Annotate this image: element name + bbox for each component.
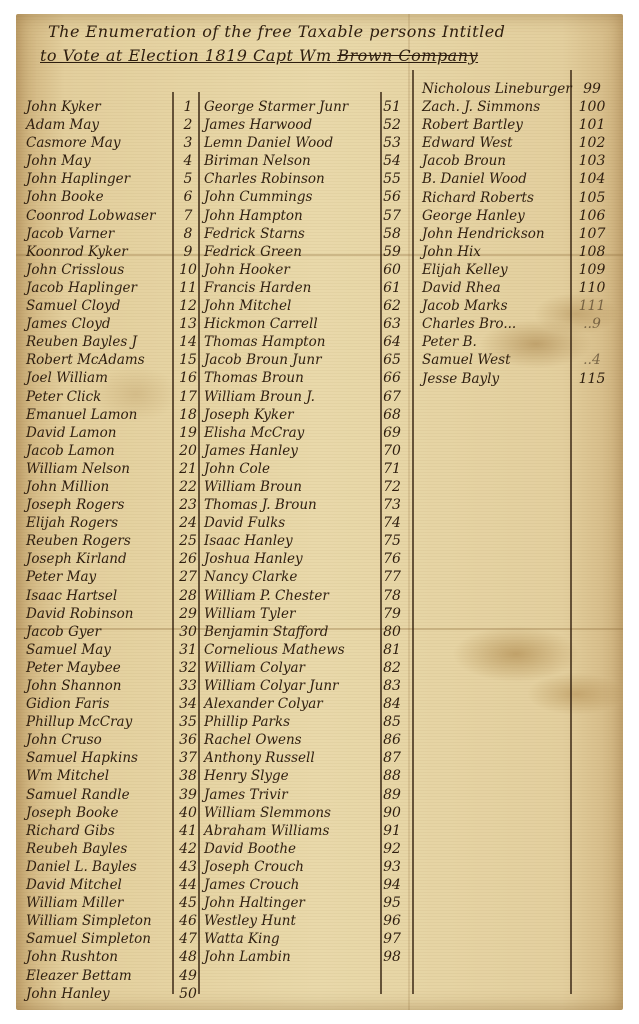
voter-number: 4 <box>174 152 202 170</box>
list-item: Gidion Faris34 <box>26 695 201 713</box>
voter-name: Phillip Parks <box>204 713 290 731</box>
list-item: Elijah Kelley109 <box>422 261 622 279</box>
voter-name: Hickmon Carrell <box>204 315 318 333</box>
voter-name: William Simpleton <box>26 912 152 930</box>
voter-number: 86 <box>376 731 408 749</box>
voter-number: 34 <box>174 695 202 713</box>
voter-name: Elijah Kelley <box>422 261 508 279</box>
voter-name: B. Daniel Wood <box>422 170 527 188</box>
voter-name: Reuben Bayles J <box>26 333 137 351</box>
list-item: John Hampton57 <box>204 207 414 225</box>
list-item: George Hanley106 <box>422 207 622 225</box>
voter-name: Samuel May <box>26 641 111 659</box>
voter-name: James Harwood <box>204 116 312 134</box>
voter-name: Peter May <box>26 568 96 586</box>
list-item: Phillip Parks85 <box>204 713 414 731</box>
voter-name: Jacob Broun Junr <box>204 351 322 369</box>
voter-name: Cornelious Mathews <box>204 641 345 659</box>
voter-name: William P. Chester <box>204 587 329 605</box>
voter-name: Fedrick Starns <box>204 225 305 243</box>
list-item: William Tyler79 <box>204 605 414 623</box>
voter-number: 85 <box>376 713 408 731</box>
voter-number: 94 <box>376 876 408 894</box>
list-item: Nancy Clarke77 <box>204 568 414 586</box>
voter-name: Benjamin Stafford <box>204 623 328 641</box>
list-item: John Hanley50 <box>26 985 201 1003</box>
voter-name: Abraham Williams <box>204 822 329 840</box>
voter-name: Jacob Haplinger <box>26 279 137 297</box>
voter-number: 26 <box>174 550 202 568</box>
voter-number: 61 <box>376 279 408 297</box>
voter-name: Jacob Varner <box>26 225 114 243</box>
voter-number: 75 <box>376 532 408 550</box>
list-item: William Miller45 <box>26 894 201 912</box>
voter-number: 46 <box>174 912 202 930</box>
list-item: Zach. J. Simmons100 <box>422 98 622 116</box>
voter-number: 40 <box>174 804 202 822</box>
voter-name: David Boothe <box>204 840 296 858</box>
voter-number: 24 <box>174 514 202 532</box>
voter-number: 44 <box>174 876 202 894</box>
list-item: John Hooker60 <box>204 261 414 279</box>
voter-number: 98 <box>376 948 408 966</box>
voter-name: Biriman Nelson <box>204 152 311 170</box>
voter-name: Thomas J. Broun <box>204 496 317 514</box>
voter-name: Richard Gibs <box>26 822 115 840</box>
list-item: David Robinson29 <box>26 605 201 623</box>
list-item: Thomas J. Broun73 <box>204 496 414 514</box>
voter-name: Peter B. <box>422 333 477 351</box>
list-item: Lemn Daniel Wood53 <box>204 134 414 152</box>
list-item: Joseph Crouch93 <box>204 858 414 876</box>
list-item: Phillup McCray35 <box>26 713 201 731</box>
voter-name: Daniel L. Bayles <box>26 858 137 876</box>
list-item: Hickmon Carrell63 <box>204 315 414 333</box>
voter-number: 21 <box>174 460 202 478</box>
voter-name: William Tyler <box>204 605 295 623</box>
voter-name: James Cloyd <box>26 315 111 333</box>
list-item: Emanuel Lamon18 <box>26 406 201 424</box>
list-item: Alexander Colyar84 <box>204 695 414 713</box>
voter-name: John Shannon <box>26 677 121 695</box>
list-item: Samuel Randle39 <box>26 786 201 804</box>
voter-name: Joshua Hanley <box>204 550 303 568</box>
voter-name: Alexander Colyar <box>204 695 323 713</box>
voter-number: 108 <box>572 243 612 261</box>
voter-name: Charles Bro... <box>422 315 516 333</box>
voter-name: Joseph Crouch <box>204 858 304 876</box>
voter-number: 25 <box>174 532 202 550</box>
voter-name: Henry Slyge <box>204 767 289 785</box>
list-item: Elisha McCray69 <box>204 424 414 442</box>
voter-name: John Million <box>26 478 109 496</box>
voter-number: 56 <box>376 188 408 206</box>
voter-name: Joel William <box>26 369 108 387</box>
voter-number: 11 <box>174 279 202 297</box>
voter-number: 9 <box>174 243 202 261</box>
voter-name: Reuben Rogers <box>26 532 131 550</box>
voter-name: John Hampton <box>204 207 303 225</box>
list-item: Peter Maybee32 <box>26 659 201 677</box>
list-item: Watta King97 <box>204 930 414 948</box>
list-item: John Cruso36 <box>26 731 201 749</box>
voter-number: 17 <box>174 388 202 406</box>
voter-name: Joseph Rogers <box>26 496 124 514</box>
voter-name: Eleazer Bettam <box>26 967 132 985</box>
voter-number: 91 <box>376 822 408 840</box>
voter-number: 6 <box>174 188 202 206</box>
voter-number: 97 <box>376 930 408 948</box>
list-item: William Broun72 <box>204 478 414 496</box>
voter-name: Isaac Hartsel <box>26 587 117 605</box>
list-item: David Mitchel44 <box>26 876 201 894</box>
voter-number: 52 <box>376 116 408 134</box>
voter-name: William Broun <box>204 478 302 496</box>
list-item: Isaac Hanley75 <box>204 532 414 550</box>
voter-name: Jacob Gyer <box>26 623 101 641</box>
voter-number: 45 <box>174 894 202 912</box>
voter-number: 7 <box>174 207 202 225</box>
list-item: Reuben Rogers25 <box>26 532 201 550</box>
voter-number: 68 <box>376 406 408 424</box>
voter-number: 15 <box>174 351 202 369</box>
voter-name: John Haltinger <box>204 894 305 912</box>
struck-company-name: Brown Company <box>337 46 478 65</box>
voter-name: John Cruso <box>26 731 102 749</box>
list-item: Cornelious Mathews81 <box>204 641 414 659</box>
voter-number: 74 <box>376 514 408 532</box>
voter-name: Robert McAdams <box>26 351 145 369</box>
voter-name: James Crouch <box>204 876 299 894</box>
voter-number: 76 <box>376 550 408 568</box>
voter-name: John Booke <box>26 188 104 206</box>
voter-number: 95 <box>376 894 408 912</box>
voter-name: John Kyker <box>26 98 101 116</box>
voter-name: John Hendrickson <box>422 225 545 243</box>
voter-number: 72 <box>376 478 408 496</box>
voter-number: 31 <box>174 641 202 659</box>
voter-name: Samuel Hapkins <box>26 749 138 767</box>
list-item: James Hanley70 <box>204 442 414 460</box>
list-item: Samuel Cloyd12 <box>26 297 201 315</box>
voter-name: David Lamon <box>26 424 116 442</box>
voter-number: 65 <box>376 351 408 369</box>
voter-number: 70 <box>376 442 408 460</box>
voter-name: Isaac Hanley <box>204 532 293 550</box>
voter-number: 71 <box>376 460 408 478</box>
voter-name: Edward West <box>422 134 513 152</box>
voter-number: 103 <box>572 152 612 170</box>
voter-name: Phillup McCray <box>26 713 132 731</box>
voter-name: David Mitchel <box>26 876 122 894</box>
voter-number: 35 <box>174 713 202 731</box>
voter-number: 79 <box>376 605 408 623</box>
voter-number: 92 <box>376 840 408 858</box>
voter-number: 1 <box>174 98 202 116</box>
voter-name: Anthony Russell <box>204 749 315 767</box>
voter-number: 67 <box>376 388 408 406</box>
voter-name: Emanuel Lamon <box>26 406 137 424</box>
voter-name: James Hanley <box>204 442 298 460</box>
voter-name: Watta King <box>204 930 280 948</box>
list-item: Samuel West..4 <box>422 351 622 369</box>
voter-number: 57 <box>376 207 408 225</box>
voter-name: John Hanley <box>26 985 110 1003</box>
list-item: Jacob Lamon20 <box>26 442 201 460</box>
voter-name: Samuel Randle <box>26 786 130 804</box>
list-item: John Lambin98 <box>204 948 414 966</box>
voter-number: 38 <box>174 767 202 785</box>
list-item: David Rhea110 <box>422 279 622 297</box>
list-item: John Hix108 <box>422 243 622 261</box>
list-item: David Lamon19 <box>26 424 201 442</box>
list-item: Richard Gibs41 <box>26 822 201 840</box>
voter-number: 115 <box>572 370 612 388</box>
document-title-line-2: to Vote at Election 1819 Capt Wm Brown C… <box>40 46 478 65</box>
voter-number: 8 <box>174 225 202 243</box>
voter-name: Fedrick Green <box>204 243 302 261</box>
list-item: John Mitchel62 <box>204 297 414 315</box>
voter-name: Richard Roberts <box>422 189 534 207</box>
list-item: Eleazer Bettam49 <box>26 967 201 985</box>
voter-name: Adam May <box>26 116 99 134</box>
voter-number: 60 <box>376 261 408 279</box>
list-item: Peter B. <box>422 333 622 351</box>
voter-name: John Lambin <box>204 948 291 966</box>
voter-name: Gidion Faris <box>26 695 109 713</box>
voter-number: 51 <box>376 98 408 116</box>
voter-name: Elisha McCray <box>204 424 304 442</box>
list-item: Joshua Hanley76 <box>204 550 414 568</box>
voter-number: 37 <box>174 749 202 767</box>
list-item: John Haplinger5 <box>26 170 201 188</box>
voter-number: 69 <box>376 424 408 442</box>
voter-number: 87 <box>376 749 408 767</box>
list-item: Joel William16 <box>26 369 201 387</box>
voter-number: 96 <box>376 912 408 930</box>
list-item: Jacob Broun Junr65 <box>204 351 414 369</box>
list-item: James Harwood52 <box>204 116 414 134</box>
voter-name: John Haplinger <box>26 170 130 188</box>
voter-name: Zach. J. Simmons <box>422 98 540 116</box>
voter-name: Samuel Cloyd <box>26 297 120 315</box>
list-item: Henry Slyge88 <box>204 767 414 785</box>
voter-number: 62 <box>376 297 408 315</box>
list-item: John May4 <box>26 152 201 170</box>
list-item: Samuel Hapkins37 <box>26 749 201 767</box>
voter-number: 12 <box>174 297 202 315</box>
list-item: David Boothe92 <box>204 840 414 858</box>
list-item: Jacob Marks111 <box>422 297 622 315</box>
list-item: David Fulks74 <box>204 514 414 532</box>
voter-name: Francis Harden <box>204 279 311 297</box>
list-item: Edward West102 <box>422 134 622 152</box>
list-item: Robert McAdams15 <box>26 351 201 369</box>
voter-name: Westley Hunt <box>204 912 296 930</box>
voter-name: Jacob Broun <box>422 152 506 170</box>
voter-name: John Mitchel <box>204 297 291 315</box>
list-item: Joseph Kyker68 <box>204 406 414 424</box>
list-item: Elijah Rogers24 <box>26 514 201 532</box>
list-item: Jacob Varner8 <box>26 225 201 243</box>
list-item: Charles Robinson55 <box>204 170 414 188</box>
list-item: Fedrick Green59 <box>204 243 414 261</box>
voter-number: 106 <box>572 207 612 225</box>
voter-name: James Trivir <box>204 786 288 804</box>
list-item: Joseph Kirland26 <box>26 550 201 568</box>
list-item: Fedrick Starns58 <box>204 225 414 243</box>
list-item: Richard Roberts105 <box>422 189 622 207</box>
list-item: Isaac Hartsel28 <box>26 587 201 605</box>
voter-name: Rachel Owens <box>204 731 302 749</box>
voter-number: 83 <box>376 677 408 695</box>
list-item: Jacob Haplinger11 <box>26 279 201 297</box>
voter-number: 55 <box>376 170 408 188</box>
list-item: B. Daniel Wood104 <box>422 170 622 188</box>
voter-number: 27 <box>174 568 202 586</box>
voter-name: Elijah Rogers <box>26 514 118 532</box>
voter-name: John Hix <box>422 243 481 261</box>
voter-number: 59 <box>376 243 408 261</box>
list-item: John Cole71 <box>204 460 414 478</box>
voter-number: 29 <box>174 605 202 623</box>
voter-name: Wm Mitchel <box>26 767 109 785</box>
list-item: Adam May2 <box>26 116 201 134</box>
voter-number: 13 <box>174 315 202 333</box>
list-item: Jacob Broun103 <box>422 152 622 170</box>
list-item: John Hendrickson107 <box>422 225 622 243</box>
voter-name: Joseph Kyker <box>204 406 294 424</box>
voter-name: William Broun J. <box>204 388 315 406</box>
voter-name: Thomas Hampton <box>204 333 325 351</box>
list-item: Peter Click17 <box>26 388 201 406</box>
voter-number: 101 <box>572 116 612 134</box>
voter-name: Coonrod Lobwaser <box>26 207 156 225</box>
voter-number: 105 <box>572 189 612 207</box>
list-item: Jesse Bayly115 <box>422 370 622 388</box>
voter-number: 28 <box>174 587 202 605</box>
list-item: Nicholous Lineburger99 <box>422 80 622 98</box>
list-item: Casmore May3 <box>26 134 201 152</box>
voter-column-1: John Kyker1 Adam May2 Casmore May3 John … <box>26 98 201 1003</box>
voter-number: 54 <box>376 152 408 170</box>
voter-name: John Crisslous <box>26 261 124 279</box>
voter-number: 64 <box>376 333 408 351</box>
list-item: William Colyar Junr83 <box>204 677 414 695</box>
list-item: Coonrod Lobwaser7 <box>26 207 201 225</box>
voter-number: 19 <box>174 424 202 442</box>
voter-number: 14 <box>174 333 202 351</box>
voter-number: 82 <box>376 659 408 677</box>
voter-name: Jesse Bayly <box>422 370 499 388</box>
list-item: William Simpleton46 <box>26 912 201 930</box>
list-item: John Million22 <box>26 478 201 496</box>
voter-number: ..9 <box>572 315 612 333</box>
voter-name: Joseph Kirland <box>26 550 127 568</box>
voter-name: Charles Robinson <box>204 170 325 188</box>
list-item: Samuel Simpleton47 <box>26 930 201 948</box>
list-item: James Cloyd13 <box>26 315 201 333</box>
list-item: Robert Bartley101 <box>422 116 622 134</box>
list-item: George Starmer Junr51 <box>204 98 414 116</box>
voter-name: William Colyar <box>204 659 305 677</box>
voter-number: 5 <box>174 170 202 188</box>
voter-number: 88 <box>376 767 408 785</box>
list-item: Joseph Rogers23 <box>26 496 201 514</box>
list-item: William P. Chester78 <box>204 587 414 605</box>
list-item: Abraham Williams91 <box>204 822 414 840</box>
voter-number: 53 <box>376 134 408 152</box>
voter-number: ..4 <box>572 351 612 369</box>
voter-name: John Cummings <box>204 188 312 206</box>
list-item: Reuben Bayles J14 <box>26 333 201 351</box>
voter-number: 18 <box>174 406 202 424</box>
list-item: Westley Hunt96 <box>204 912 414 930</box>
voter-name: William Miller <box>26 894 123 912</box>
voter-number: 93 <box>376 858 408 876</box>
list-item: Thomas Broun66 <box>204 369 414 387</box>
voter-name: Reubeh Bayles <box>26 840 127 858</box>
voter-column-3: Nicholous Lineburger99 Zach. J. Simmons1… <box>422 80 622 388</box>
list-item: John Cummings56 <box>204 188 414 206</box>
voter-number: 89 <box>376 786 408 804</box>
voter-number: 110 <box>572 279 612 297</box>
voter-number: 109 <box>572 261 612 279</box>
list-item: Charles Bro.....9 <box>422 315 622 333</box>
voter-name: Peter Click <box>26 388 101 406</box>
list-item: John Kyker1 <box>26 98 201 116</box>
list-item: Thomas Hampton64 <box>204 333 414 351</box>
list-item: William Slemmons90 <box>204 804 414 822</box>
voter-number: 2 <box>174 116 202 134</box>
voter-number: 81 <box>376 641 408 659</box>
voter-name: Nancy Clarke <box>204 568 297 586</box>
voter-name: William Colyar Junr <box>204 677 339 695</box>
voter-number: 30 <box>174 623 202 641</box>
voter-number: 50 <box>174 985 202 1003</box>
voter-number: 36 <box>174 731 202 749</box>
voter-name: Joseph Booke <box>26 804 118 822</box>
voter-name: Peter Maybee <box>26 659 121 677</box>
list-item: William Colyar82 <box>204 659 414 677</box>
document-title-line-1: The Enumeration of the free Taxable pers… <box>48 22 505 41</box>
list-item: Jacob Gyer30 <box>26 623 201 641</box>
voter-name: Robert Bartley <box>422 116 523 134</box>
list-item: Biriman Nelson54 <box>204 152 414 170</box>
voter-number: 104 <box>572 170 612 188</box>
voter-number: 43 <box>174 858 202 876</box>
list-item: John Crisslous10 <box>26 261 201 279</box>
voter-number: 33 <box>174 677 202 695</box>
list-item: John Shannon33 <box>26 677 201 695</box>
voter-number: 102 <box>572 134 612 152</box>
voter-name: John Cole <box>204 460 270 478</box>
voter-number: 90 <box>376 804 408 822</box>
voter-number: 3 <box>174 134 202 152</box>
voter-number: 84 <box>376 695 408 713</box>
list-item: William Broun J.67 <box>204 388 414 406</box>
voter-name: David Fulks <box>204 514 285 532</box>
voter-number: 77 <box>376 568 408 586</box>
voter-number: 39 <box>174 786 202 804</box>
voter-number: 42 <box>174 840 202 858</box>
list-item: Rachel Owens86 <box>204 731 414 749</box>
list-item: James Crouch94 <box>204 876 414 894</box>
list-item: Wm Mitchel38 <box>26 767 201 785</box>
list-item: Reubeh Bayles42 <box>26 840 201 858</box>
voter-number: 23 <box>174 496 202 514</box>
voter-name: Thomas Broun <box>204 369 304 387</box>
